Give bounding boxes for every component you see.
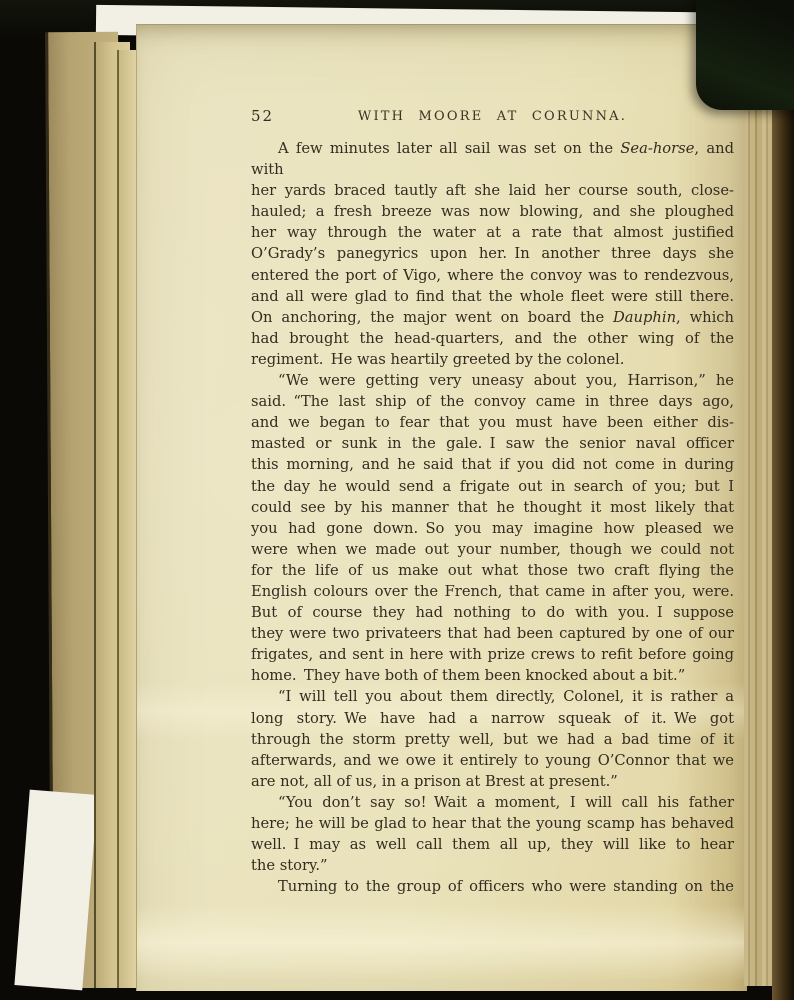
text-line: afterwards, and we owe it entirely to yo… <box>251 750 734 771</box>
book-page: 52 WITH MOORE AT CORUNNA. A few minutes … <box>136 24 747 991</box>
page-number: 52 <box>251 107 274 125</box>
text-line: hauled; a fresh breeze was now blowing, … <box>251 201 734 222</box>
text-line: and all were glad to find that the whole… <box>251 286 734 307</box>
text-line: masted or sunk in the gale. I saw the se… <box>251 433 734 454</box>
text-line: Turning to the group of officers who wer… <box>251 876 734 897</box>
text-line: through the storm pretty well, but we ha… <box>251 729 734 750</box>
book-photo: 52 WITH MOORE AT CORUNNA. A few minutes … <box>0 0 794 1000</box>
paragraph: “I will tell you about them directly, Co… <box>251 686 734 791</box>
background-shadow-right <box>772 90 794 1000</box>
text-line: A few minutes later all sail was set on … <box>251 138 734 180</box>
background-shadow-top-right <box>696 0 794 110</box>
text-line: English colours over the French, that ca… <box>251 581 734 602</box>
text-line: were when we made out your number, thoug… <box>251 539 734 560</box>
text-line: the story.” <box>251 855 734 876</box>
text-line: entered the port of Vigo, where the conv… <box>251 265 734 286</box>
text-line: had brought the head-quarters, and the o… <box>251 328 734 349</box>
text-line: well. I may as well call them all up, th… <box>251 834 734 855</box>
text-line: O’Grady’s panegyrics upon her. In anothe… <box>251 243 734 264</box>
text-line: home. They have both of them been knocke… <box>251 665 734 686</box>
text-line: for the life of us make out what those t… <box>251 560 734 581</box>
text-line: “We were getting very uneasy about you, … <box>251 370 734 391</box>
paragraph: A few minutes later all sail was set on … <box>251 138 734 370</box>
text-line: the day he would send a frigate out in s… <box>251 476 734 497</box>
text-line: are not, all of us, in a prison at Brest… <box>251 771 734 792</box>
text-line: On anchoring, the major went on board th… <box>251 307 734 328</box>
text-line: “I will tell you about them directly, Co… <box>251 686 734 707</box>
text-line: regiment. He was heartily greeted by the… <box>251 349 734 370</box>
text-line: said. “The last ship of the convoy came … <box>251 391 734 412</box>
text-line: they were two privateers that had been c… <box>251 623 734 644</box>
text-line: her way through the water at a rate that… <box>251 222 734 243</box>
text-line: her yards braced tautly aft she laid her… <box>251 180 734 201</box>
text-line: “You don’t say so! Wait a moment, I will… <box>251 792 734 813</box>
text-line: frigates, and sent in here with prize cr… <box>251 644 734 665</box>
paragraph: “We were getting very uneasy about you, … <box>251 370 734 686</box>
paragraph: “You don’t say so! Wait a moment, I will… <box>251 792 734 876</box>
text-line: here; he will be glad to hear that the y… <box>251 813 734 834</box>
text-line: and we began to fear that you must have … <box>251 412 734 433</box>
running-header: WITH MOORE AT CORUNNA. <box>251 105 734 124</box>
text-line: this morning, and he said that if you di… <box>251 454 734 475</box>
page-header: 52 WITH MOORE AT CORUNNA. <box>251 105 734 127</box>
text-line: you had gone down. So you may imagine ho… <box>251 518 734 539</box>
text-line: could see by his manner that he thought … <box>251 497 734 518</box>
page-content: 52 WITH MOORE AT CORUNNA. A few minutes … <box>251 105 734 897</box>
page-body: A few minutes later all sail was set on … <box>251 138 734 897</box>
text-line: But of course they had nothing to do wit… <box>251 602 734 623</box>
paragraph: Turning to the group of officers who wer… <box>251 876 734 897</box>
text-line: long story. We have had a narrow squeak … <box>251 708 734 729</box>
